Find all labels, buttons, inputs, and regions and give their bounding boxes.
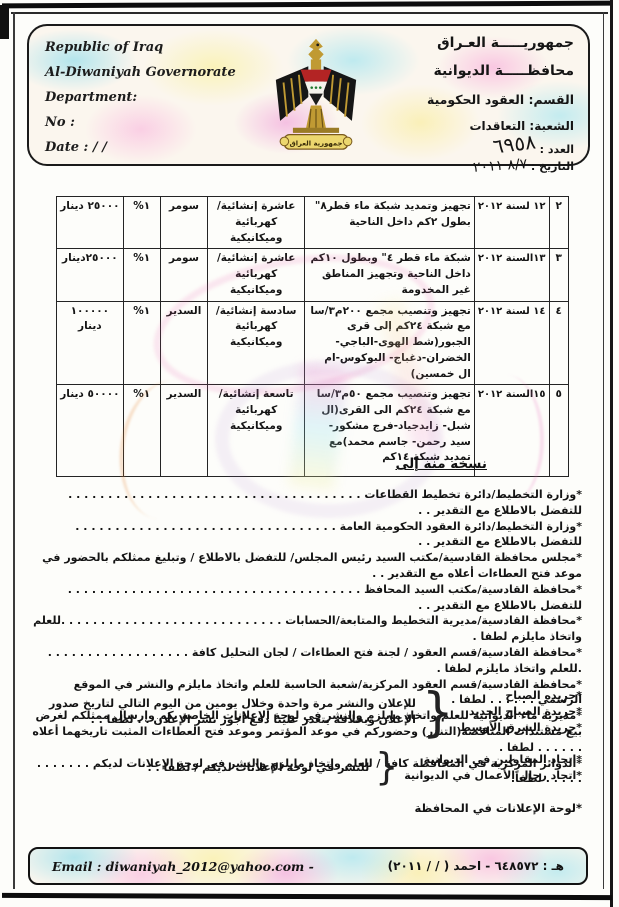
date-value-handwritten: ٨/٧ ٢٠١١ <box>472 156 527 176</box>
governorate-name-en: Al-Diwaniyah Governorate <box>45 60 263 85</box>
country-name-ar: جمهوريـــــة العـراق <box>369 35 574 51</box>
iraq-coat-of-arms: جمهورية العراق <box>266 35 366 158</box>
letterhead: Republic of Iraq Al-Diwaniyah Governorat… <box>27 24 590 166</box>
newspaper-item: *جريدة الصباح الجديد <box>460 704 582 720</box>
percent: ١% <box>123 385 160 477</box>
tender-number: ١٣السنة ٢٠١٢ <box>474 249 549 301</box>
row-number: ٤ <box>549 301 569 385</box>
country-name-en: Republic of Iraq <box>45 35 263 60</box>
classification: عاشرة إنشائية/ كهربائية وميكانيكية <box>208 249 305 301</box>
percent: ١% <box>123 249 160 301</box>
newspaper-item: *جريده الصباح <box>460 688 582 704</box>
governorate-name-ar: محافظـــــة الديوانية <box>369 63 574 79</box>
project-description: شبكة ماء قطر ٤" وبطول ١٠كم داخل الناحية … <box>305 249 475 301</box>
newspaper-item: *جريدة الشرق الأوسط <box>460 720 582 736</box>
distribution-item: *مجلس محافظة القادسية/مكتب السيد رئيس ال… <box>30 550 582 582</box>
department-line-ar: القسم: العقود الحكومية <box>369 92 574 107</box>
amount: ٥٠٠٠٠ دينار <box>57 385 124 477</box>
unions-note: للنشر في لوحة الإعلانات لديكم / لطفا . . <box>119 760 369 776</box>
copy-to-heading: نسخه منه إلى <box>395 456 487 472</box>
percent: ١% <box>123 197 160 249</box>
newspapers-note: للإعلان والنشر مرة واحدة وخلال يومين من … <box>48 696 416 728</box>
letterhead-arabic: جمهوريـــــة العـراق محافظـــــة الديوان… <box>369 35 574 158</box>
group-brace: { <box>422 691 454 733</box>
footer-bar: هـ : ٦٤٨٥٧٢ - احمد ( / / ٢٠١١) Email : d… <box>28 847 588 885</box>
date-label-en: Date : / / <box>45 135 263 160</box>
distribution-item: *وزارة التخطيط/دائرة تخطيط القطاعات . . … <box>30 487 582 519</box>
percent: ١% <box>123 301 160 385</box>
table-row: ٣ ١٣السنة ٢٠١٢ شبكة ماء قطر ٤" وبطول ١٠ك… <box>57 249 569 301</box>
entity: السدير <box>160 301 208 385</box>
svg-text:جمهورية العراق: جمهورية العراق <box>290 140 343 148</box>
footer-phone: هـ : ٦٤٨٥٧٢ - احمد ( / / ٢٠١١) <box>388 859 564 873</box>
classification: عاشرة إنشائية/ كهربائية وميكانيكية <box>208 197 305 249</box>
row-number: ٣ <box>549 249 569 301</box>
row-number: ٢ <box>549 197 569 249</box>
unions-group: *اتحاد المقاولين في الديوانية *اتحاد رجا… <box>119 752 582 784</box>
group-brace: { <box>375 753 398 783</box>
distribution-list: *وزارة التخطيط/دائرة تخطيط القطاعات . . … <box>30 487 582 787</box>
frame-right-outer <box>610 0 613 907</box>
table-row: ٤ ١٤ لسنة ٢٠١٢ تجهيز وتنصيب مجمع ٢٠٠م٣/س… <box>57 301 569 385</box>
document-page: Republic of Iraq Al-Diwaniyah Governorat… <box>0 0 619 907</box>
amount: ١٠٠٠٠٠ دينار <box>57 301 124 385</box>
letterhead-english: Republic of Iraq Al-Diwaniyah Governorat… <box>45 35 263 158</box>
distribution-item: *محافظة القادسية/مديرية التخطيط والمتابع… <box>30 613 582 645</box>
number-value-handwritten: ٦٩٥٨ <box>491 129 537 158</box>
project-description: تجهيز وتنصيب مجمع ٢٠٠م٣/سا مع شبكة ٢٤كم … <box>305 301 475 385</box>
unions-names: *اتحاد المقاولين في الديوانية *اتحاد رجا… <box>404 752 582 784</box>
union-item: *اتحاد رجال الأعمال في الديوانية <box>404 768 582 784</box>
frame-top-thin <box>11 12 608 14</box>
frame-right-inner <box>603 12 605 889</box>
tender-number: ١٤ لسنة ٢٠١٢ <box>474 301 549 385</box>
table-row: ٥ ١٥السنة ٢٠١٢ تجهيز وتنصيب مجمع ٥٠م٣/سا… <box>57 385 569 477</box>
classification: سادسة إنشائية/ كهربائية وميكانيكية <box>208 301 305 385</box>
newspapers-names: *جريده الصباح *جريدة الصباح الجديد *جريد… <box>460 688 582 736</box>
date-label-ar: التاريخ : <box>531 160 574 173</box>
department-label-en: Department: <box>45 85 263 110</box>
union-item: *اتحاد المقاولين في الديوانية <box>404 752 582 768</box>
frame-bottom <box>2 893 612 900</box>
classification: تاسعة إنشائية/ كهربائية وميكانيكية <box>208 385 305 477</box>
number-label-en: No : <box>45 110 263 135</box>
distribution-item: *محافظة القادسية/مكتب السيد المحافظ . . … <box>30 582 582 614</box>
row-number: ٥ <box>549 385 569 477</box>
amount: ٢٥٠٠٠ دينار <box>57 197 124 249</box>
eagle-emblem-icon: جمهورية العراق <box>269 35 363 159</box>
document-date-row: التاريخ : ٨/٧ ٢٠١١ <box>369 158 574 174</box>
frame-left <box>13 12 15 889</box>
tender-number: ١٢ لسنة ٢٠١٢ <box>474 197 549 249</box>
entity: سومر <box>160 249 208 301</box>
distribution-item: *محافظة القادسية/قسم العقود / لجنة فتح ا… <box>30 645 582 677</box>
entity: السدير <box>160 385 208 477</box>
distribution-item: *وزارة التخطيط/دائرة العقود الحكومية الع… <box>30 519 582 551</box>
entity: سومر <box>160 197 208 249</box>
document-number-row: العدد : ٦٩٥٨ <box>369 134 574 158</box>
announcement-board-line: *لوحة الإعلانات في المحافظة <box>414 801 582 815</box>
project-description: تجهيز وتمديد شبكة ماء قطر٨" بطول ٢كم داخ… <box>305 197 475 249</box>
newspapers-group: *جريده الصباح *جريدة الصباح الجديد *جريد… <box>48 688 582 736</box>
frame-top-thick <box>2 1 612 9</box>
frame-corner-blot <box>0 5 9 39</box>
table-row: ٢ ١٢ لسنة ٢٠١٢ تجهيز وتمديد شبكة ماء قطر… <box>57 197 569 249</box>
division-line-ar: الشعبة: التعاقدات <box>369 119 574 133</box>
number-label-ar: العدد : <box>540 143 574 156</box>
amount: ٢٥٠٠٠دينار <box>57 249 124 301</box>
tenders-table: ٢ ١٢ لسنة ٢٠١٢ تجهيز وتمديد شبكة ماء قطر… <box>56 196 569 477</box>
footer-email: Email : diwaniyah_2012@yahoo.com - <box>52 859 314 874</box>
